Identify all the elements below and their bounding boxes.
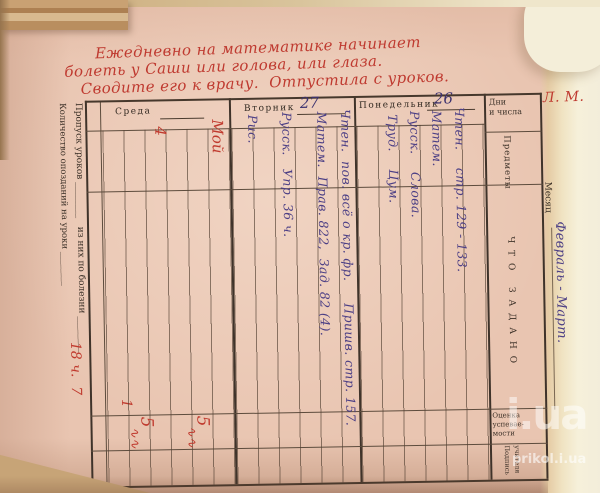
date-value-monday: 26 — [434, 89, 453, 107]
bottom-shadow — [0, 476, 548, 493]
date-blank-wednesday — [160, 118, 204, 120]
wednesday-red-mark-2: Мой — [208, 119, 227, 153]
date-value-tuesday: 27 — [300, 94, 319, 112]
monday-lesson-2: Матем. — [429, 110, 445, 167]
diary-photo: Ежедневно на математике начинает болеть … — [0, 0, 600, 493]
month-label: Месяц — [542, 182, 553, 213]
late-count-label: Количество опозданий на уроки ________ — [57, 103, 70, 286]
missed-count-red-mark: 18 ч. 7 — [67, 342, 84, 396]
monday-lesson-1: Чтен. стр. 129 - 133. — [452, 107, 470, 273]
lesson-lines-wednesday — [102, 128, 235, 486]
lesson-lines-monday — [356, 124, 490, 482]
days-numbers-header-line2: и числа — [489, 107, 522, 117]
assigned-header: Ч Т О З А Д А Н О — [505, 236, 517, 365]
tuesday-lesson-4: Рис. — [245, 115, 261, 144]
subjects-header: Предметы — [502, 135, 513, 189]
day-label-wednesday: Среда — [115, 107, 152, 118]
watermark-site: prikol.i.ua — [512, 452, 586, 467]
days-box-line — [484, 131, 541, 133]
monday-lesson-3: Русск. Слова. — [407, 111, 424, 218]
grade-signature-2: ∿∿ — [184, 426, 199, 448]
signature-header-word1: Подпись — [503, 445, 512, 475]
days-numbers-header-line1: Дни — [489, 97, 506, 106]
watermark-logo: i.ua — [506, 390, 587, 439]
monday-lesson-4: Труд. Цум. — [385, 114, 402, 203]
month-value-handwritten: Февраль - Март. — [552, 221, 569, 343]
grade-signature-1: ∿∿ — [127, 427, 142, 449]
wednesday-red-mark-1: 4 — [151, 126, 169, 136]
tuesday-lesson-3: Русск. Упр. 36 ч. — [279, 112, 296, 238]
teacher-initials: Л. М. — [543, 89, 585, 106]
